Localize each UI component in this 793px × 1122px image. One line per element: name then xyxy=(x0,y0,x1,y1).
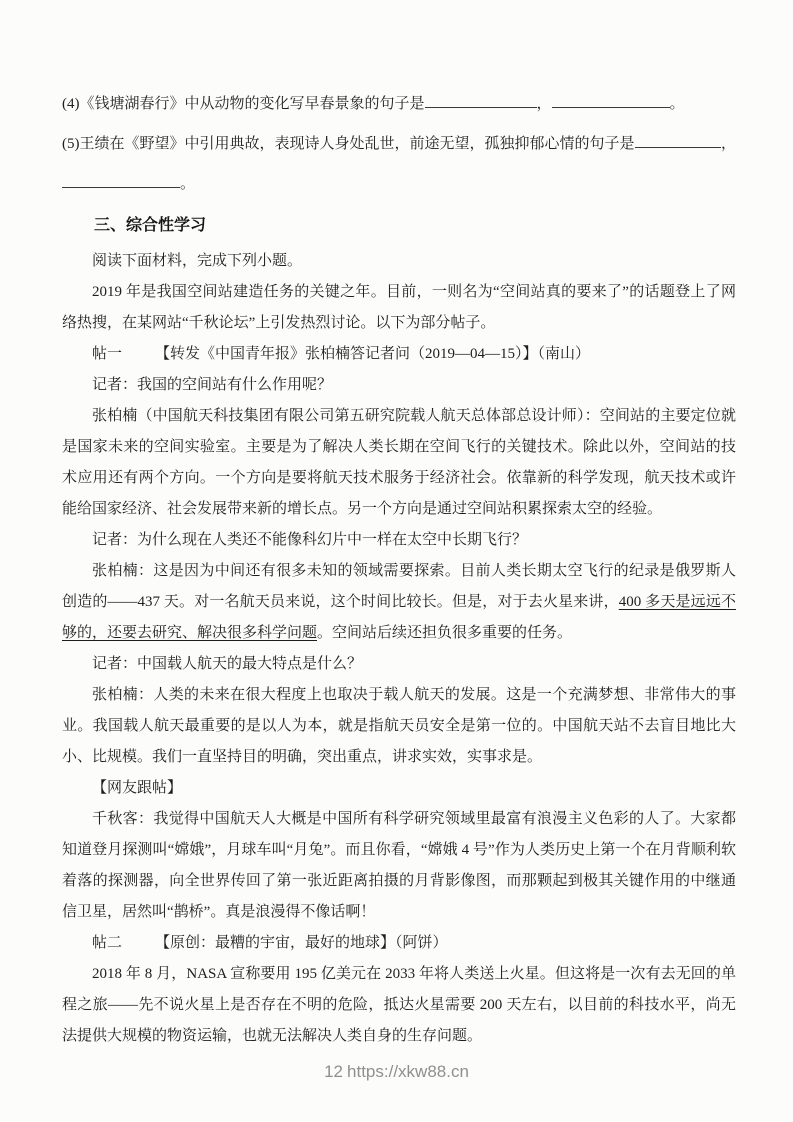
post1-title-line: 帖一【转发《中国青年报》张柏楠答记者问（2019—04—15）】（南山） xyxy=(62,339,736,370)
qa3-answer: 张柏楠：人类的未来在很大程度上也取决于载人航天的发展。这是一个充满梦想、非常伟大… xyxy=(62,680,736,773)
answer-blank xyxy=(425,93,537,108)
question-4: (4)《钱塘湖春行》中从动物的变化写早春景象的句子是，。 xyxy=(62,84,736,124)
footer-url: https://xkw88.cn xyxy=(347,1062,469,1081)
answer-blank xyxy=(62,173,180,188)
qa1-answer: 张柏楠（中国航天科技集团有限公司第五研究院载人航天总体部总设计师）：空间站的主要… xyxy=(62,401,736,525)
qa2-question: 记者：为什么现在人类还不能像科幻片中一样在太空中长期飞行？ xyxy=(62,525,736,556)
intro-paragraph: 阅读下面材料，完成下列小题。 xyxy=(62,246,736,277)
post2-title-line: 帖二【原创：最糟的宇宙，最好的地球】（阿饼） xyxy=(62,928,736,959)
post1-label: 帖一 xyxy=(92,346,122,362)
question-5-line2: 。 xyxy=(62,164,736,204)
section-heading: 三、综合性学习 xyxy=(62,210,736,241)
background-paragraph: 2019 年是我国空间站建造任务的关键之年。目前，一则名为“空间站真的要来了”的… xyxy=(62,277,736,339)
document-content: (4)《钱塘湖春行》中从动物的变化写早春景象的句子是，。 (5)王绩在《野望》中… xyxy=(62,84,736,1052)
qa2-answer: 张柏楠：这是因为中间还有很多未知的领域需要探索。目前人类长期太空飞行的纪录是俄罗… xyxy=(62,556,736,649)
question-5-text: (5)王绩在《野望》中引用典故，表现诗人身处乱世，前途无望，孤独抑郁心情的句子是 xyxy=(62,124,635,164)
question-4-text: (4)《钱塘湖春行》中从动物的变化写早春景象的句子是 xyxy=(62,96,425,112)
post2-label: 帖二 xyxy=(92,935,122,951)
post2-title: 【原创：最糟的宇宙，最好的地球】（阿饼） xyxy=(155,935,448,951)
answer-blank xyxy=(552,93,670,108)
page-number: 12 xyxy=(324,1062,343,1081)
question-5-line1: (5)王绩在《野望》中引用典故，表现诗人身处乱世，前途无望，孤独抑郁心情的句子是… xyxy=(62,124,736,164)
post1-title: 【转发《中国青年报》张柏楠答记者问（2019—04—15）】（南山） xyxy=(155,346,590,362)
netizen-post: 千秋客：我觉得中国航天人大概是中国所有科学研究领域里最富有浪漫主义色彩的人了。大… xyxy=(62,804,736,928)
answer-blank xyxy=(635,133,721,148)
qa3-question: 记者：中国载人航天的最大特点是什么？ xyxy=(62,649,736,680)
period-mark: 。 xyxy=(180,176,195,192)
comma-separator: ， xyxy=(537,96,552,112)
period-mark: 。 xyxy=(670,96,685,112)
qa2-answer-text: 。空间站后续还担负很多重要的任务。 xyxy=(317,625,572,641)
comma-separator: ， xyxy=(721,124,736,164)
post2-body: 2018 年 8 月，NASA 宣称要用 195 亿美元在 2033 年将人类送… xyxy=(62,959,736,1052)
page-footer: 12https://xkw88.cn xyxy=(0,1060,793,1084)
qa1-question: 记者：我国的空间站有什么作用呢？ xyxy=(62,370,736,401)
document-page: (4)《钱塘湖春行》中从动物的变化写早春景象的句子是，。 (5)王绩在《野望》中… xyxy=(0,0,793,1122)
netizen-header: 【网友跟帖】 xyxy=(62,773,736,804)
